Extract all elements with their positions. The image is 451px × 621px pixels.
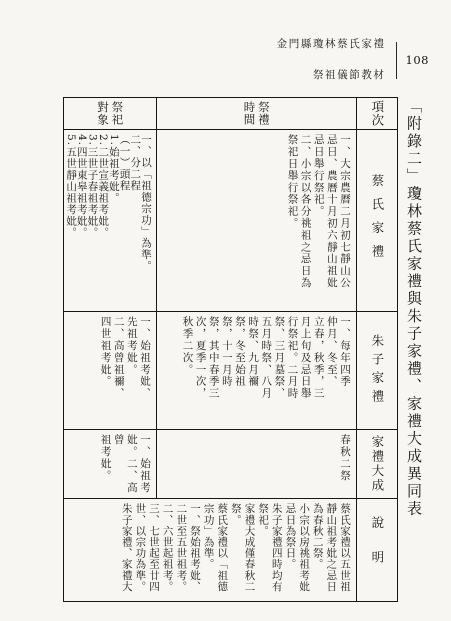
row-label-zhu: 朱子家禮 [356,311,397,429]
cell-dacheng-object: 一、始祖考 妣。二、高曾 祖考妣。 [64,429,156,498]
row-label-dacheng: 家禮大成 [356,429,397,498]
cell-zhu-object: 一、始祖考妣、 先祖考妣。 二、高曾祖禰、 四世祖考妣。 [64,311,156,429]
cell-explanation-text: 蔡氏家禮以五世祖 靜山祖考妣之忌日 為春秋二祭。 小宗以房祧祖考妣 忌日為祭日。… [69,503,351,597]
row-label-cai-text: 蔡氏家禮 [369,174,385,268]
cell-cai-time-text: 一、大宗農曆二月初七靜山公 忌日、農曆十月初六靜山祖妣 忌日舉行祭祀。 二、小宗… [162,134,351,307]
column-header-time-label: 祭禮 時間 [242,101,271,126]
page-number: 108 [406,53,429,67]
cell-zhu-time-text: 一、每年四季 仲月、冬至、 立春，秋季，三 月上旬及忌日舉 行祭祀。二月時 祭、… [162,316,351,425]
cell-cai-time: 一、大宗農曆二月初七靜山公 忌日、農曆十月初六靜山祖妣 忌日舉行祭祀。 二、小宗… [156,129,356,311]
page-header: 金門縣瓊林蔡氏家禮 祭祖儀節教材 108 [277,21,429,100]
row-label-explanation-text: 說明 [369,516,385,585]
cell-dacheng-object-text: 一、始祖考 妣。二、高曾 祖考妣。 [69,434,151,494]
cell-zhu-object-text: 一、始祖考妣、 先祖考妣。 二、高曾祖禰、 四世祖考妣。 [69,316,151,425]
cell-explanation: 蔡氏家禮以五世祖 靜山祖考妣之忌日 為春秋二祭。 小宗以房祧祖考妣 忌日為祭日。… [64,498,356,601]
cell-cai-object-text: 一、以「祖德宗功」為準。 二、分二程 （一）頭程 1.始祖考妣。 2.二世宣義祖… [69,134,151,307]
cell-cai-object: 一、以「祖德宗功」為準。 二、分二程 （一）頭程 1.始祖考妣。 2.二世宣義祖… [64,129,156,311]
row-label-cai: 蔡氏家禮 [356,129,397,311]
cell-dacheng-time-text: 春秋二祭 [162,434,351,494]
row-label-dacheng-text: 家禮大成 [369,435,385,493]
appendix-title: 「附錄二」瓊林蔡氏家禮與朱子家禮、家禮大成異同表 [404,98,425,498]
corner-header: 項次 [356,98,397,129]
cell-zhu-time: 一、每年四季 仲月、冬至、 立春，秋季，三 月上旬及忌日舉 行祭祀。二月時 祭、… [156,311,356,429]
column-header-time: 祭禮 時間 [156,98,356,129]
row-label-zhu-text: 朱子家禮 [369,334,385,408]
book-title-block: 金門縣瓊林蔡氏家禮 祭祖儀節教材 [277,21,386,100]
column-header-object-label: 祭祀 對象 [96,101,125,126]
cell-dacheng-time: 春秋二祭 [156,429,356,498]
book-title-line2: 祭祖儀節教材 [277,68,386,84]
corner-header-label: 項次 [369,100,385,127]
book-title-line1: 金門縣瓊林蔡氏家禮 [277,37,386,53]
row-label-explanation: 說明 [356,498,397,601]
column-header-object: 祭祀 對象 [64,98,156,129]
comparison-table: 祭祀 對象 祭禮 時間 項次 一、以「祖德宗功」為準。 二、分二程 （一）頭程 … [63,97,398,602]
header-divider [396,42,397,79]
